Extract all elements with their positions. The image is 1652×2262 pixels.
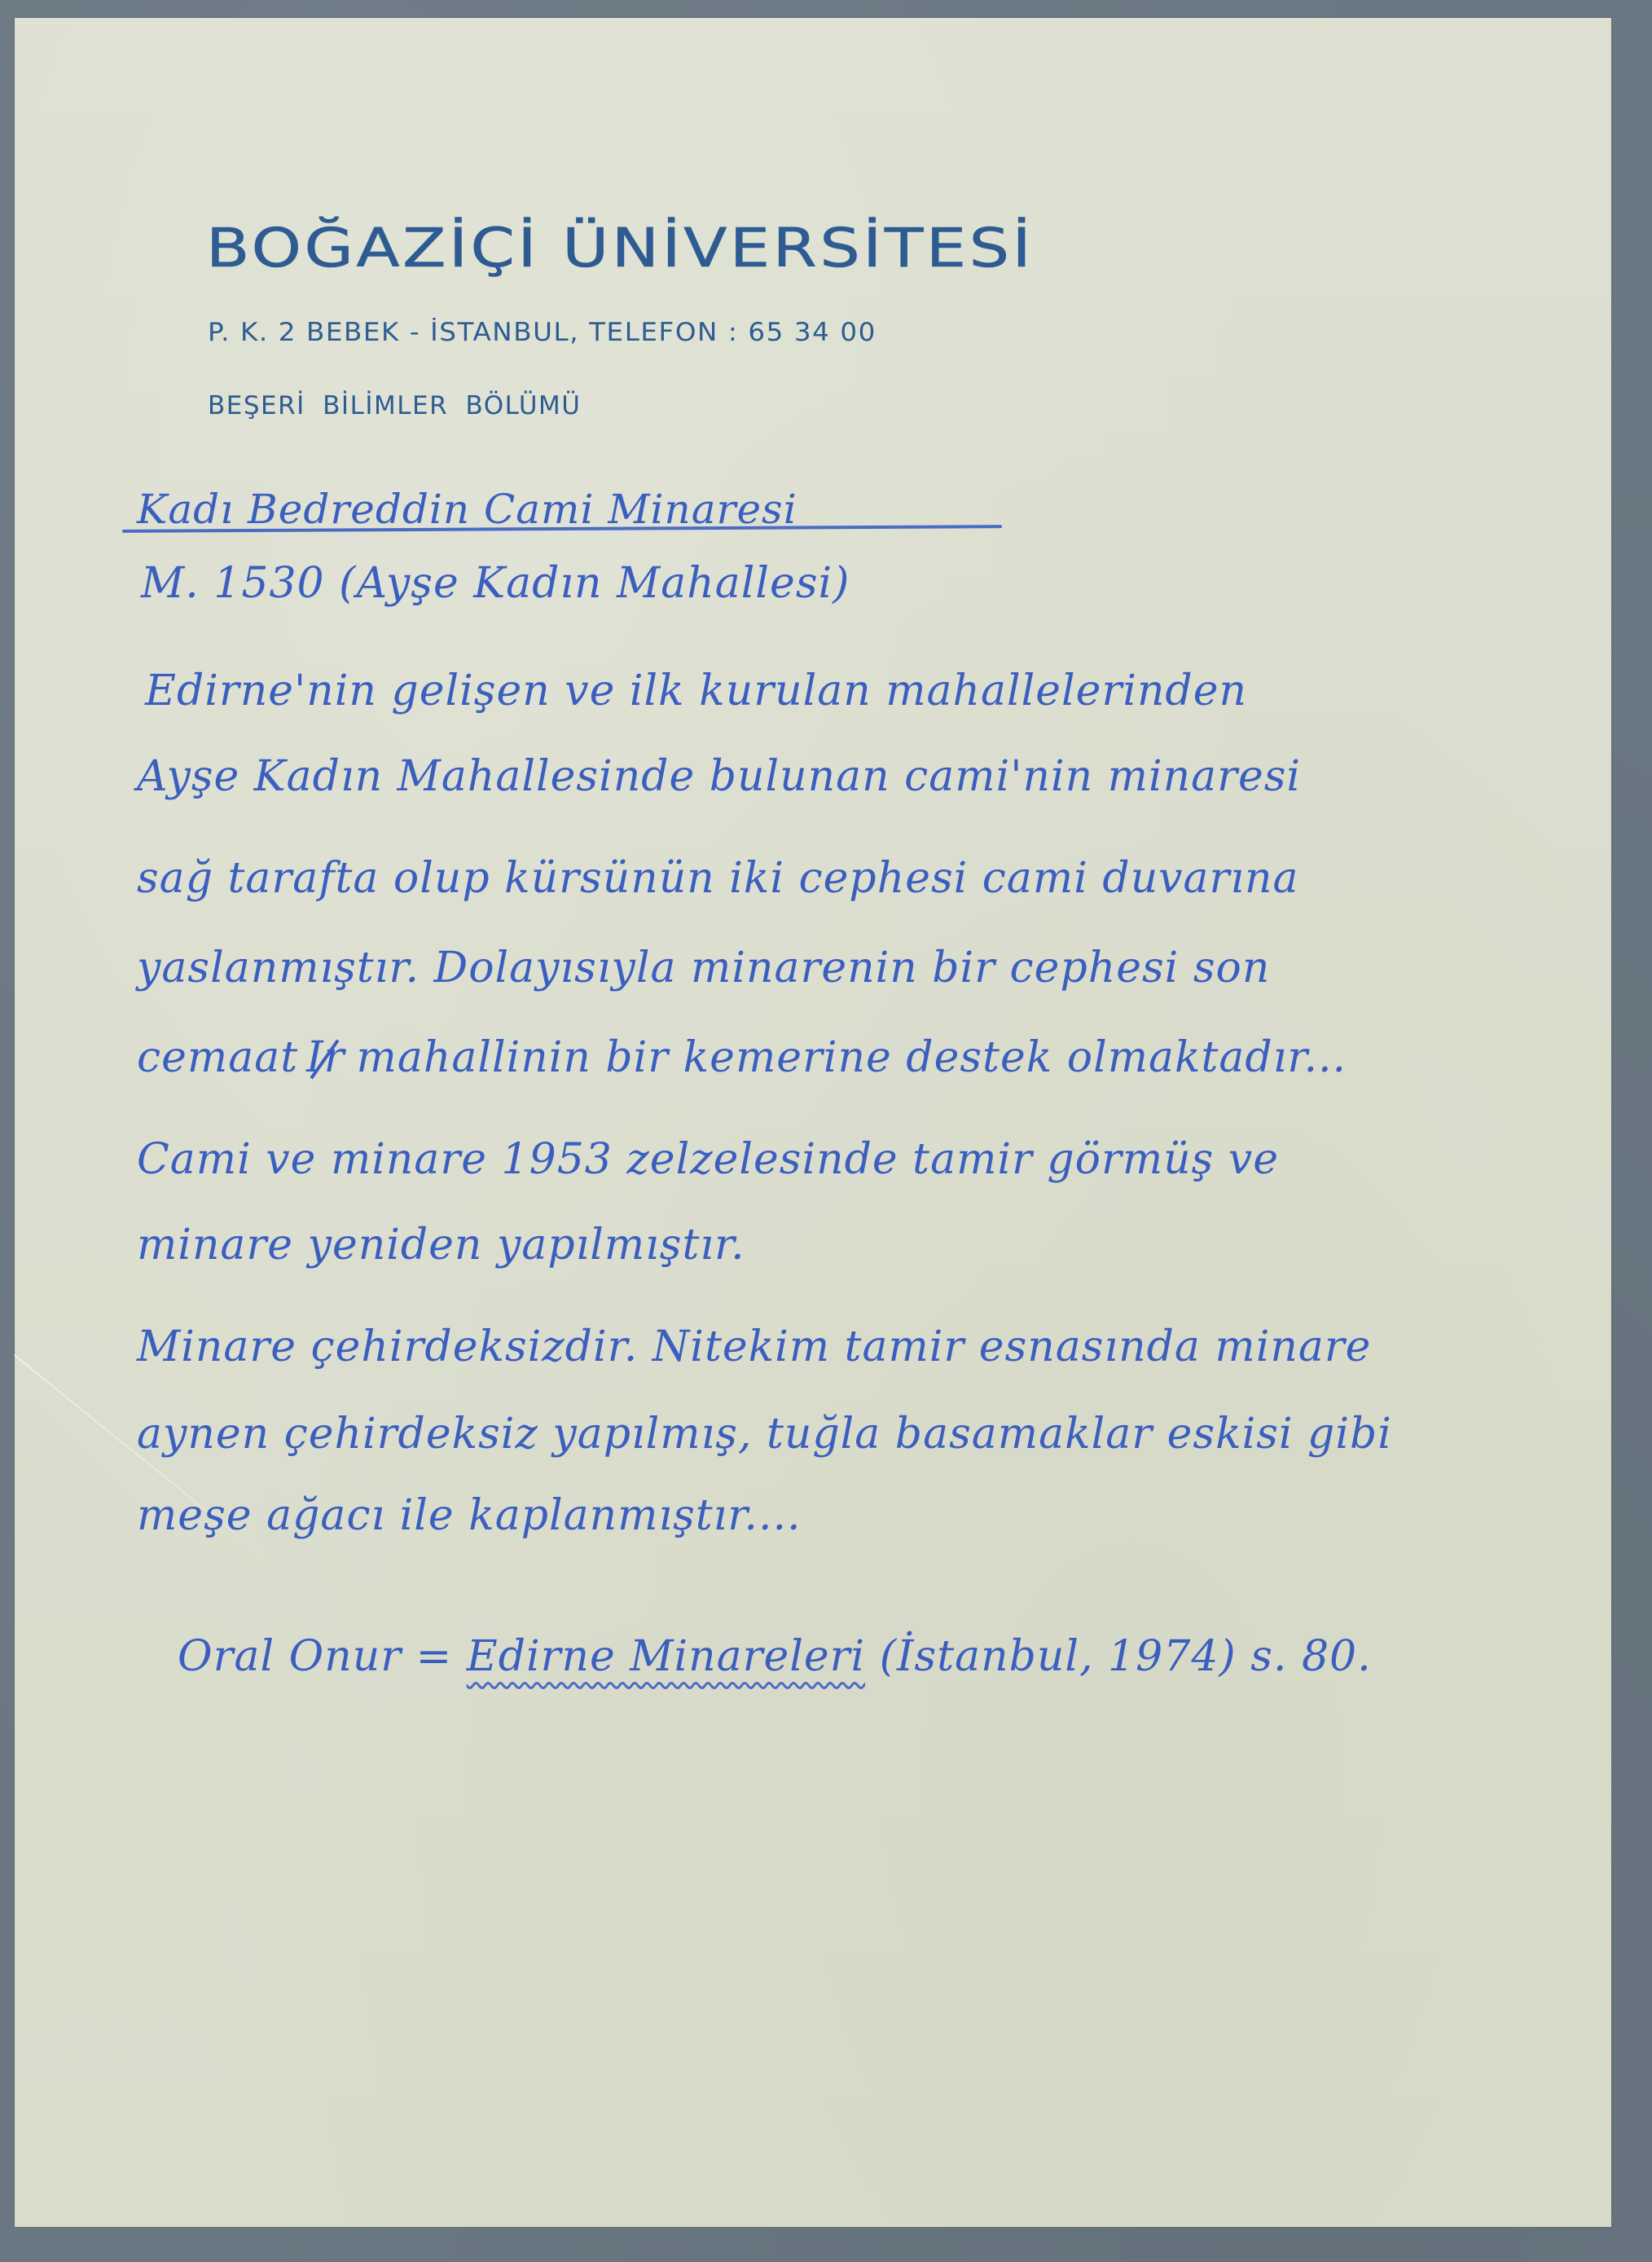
institution-address: P. K. 2 BEBEK - İSTANBUL, TELEFON : 65 3…	[208, 318, 877, 347]
institution-name: BOĞAZİÇİ ÜNİVERSİTESİ	[206, 222, 1034, 275]
citation-details: (İstanbul, 1974) s. 80.	[880, 1632, 1372, 1681]
note-title: Kadı Bedreddin Cami Minaresi	[137, 489, 797, 530]
body-line-6: Cami ve minare 1953 zelzelesinde tamir g…	[137, 1138, 1279, 1181]
body-line-2: Ayşe Kadın Mahallesinde bulunan cami'nin…	[137, 755, 1301, 798]
body-line-8: Minare çehirdeksizdir. Nitekim tamir esn…	[137, 1326, 1371, 1368]
body-line-1: Edirne'nin gelişen ve ilk kurulan mahall…	[145, 670, 1247, 712]
struck-out-text: Ir	[306, 1036, 345, 1079]
body-line-7: minare yeniden yapılmıştır.	[137, 1224, 745, 1266]
body-line-5: cemaatIrmahallinin bir kemerine destek o…	[137, 1036, 1347, 1079]
letter-paper: BOĞAZİÇİ ÜNİVERSİTESİ P. K. 2 BEBEK - İS…	[15, 18, 1611, 2227]
citation-author: Oral Onur =	[178, 1632, 452, 1681]
body-line-10: meşe ağacı ile kaplanmıştır....	[137, 1494, 802, 1537]
body-line-3: sağ tarafta olup kürsünün iki cephesi ca…	[137, 857, 1299, 900]
body-line-4: yaslanmıştır. Dolayısıyla minarenin bir …	[137, 947, 1270, 989]
body-line-5-end: mahallinin bir kemerine destek olmaktadı…	[357, 1033, 1347, 1082]
citation-work-title: Edirne Minareleri	[467, 1632, 865, 1681]
body-line-9: aynen çehirdeksiz yapılmış, tuğla basama…	[137, 1413, 1392, 1455]
note-subtitle: M. 1530 (Ayşe Kadın Mahallesi)	[141, 562, 850, 605]
citation: Oral Onur = Edirne Minareleri (İstanbul,…	[178, 1635, 1372, 1678]
department-name: BEŞERİ BİLİMLER BÖLÜMÜ	[208, 391, 581, 420]
body-line-5-start: cemaat	[137, 1033, 298, 1082]
